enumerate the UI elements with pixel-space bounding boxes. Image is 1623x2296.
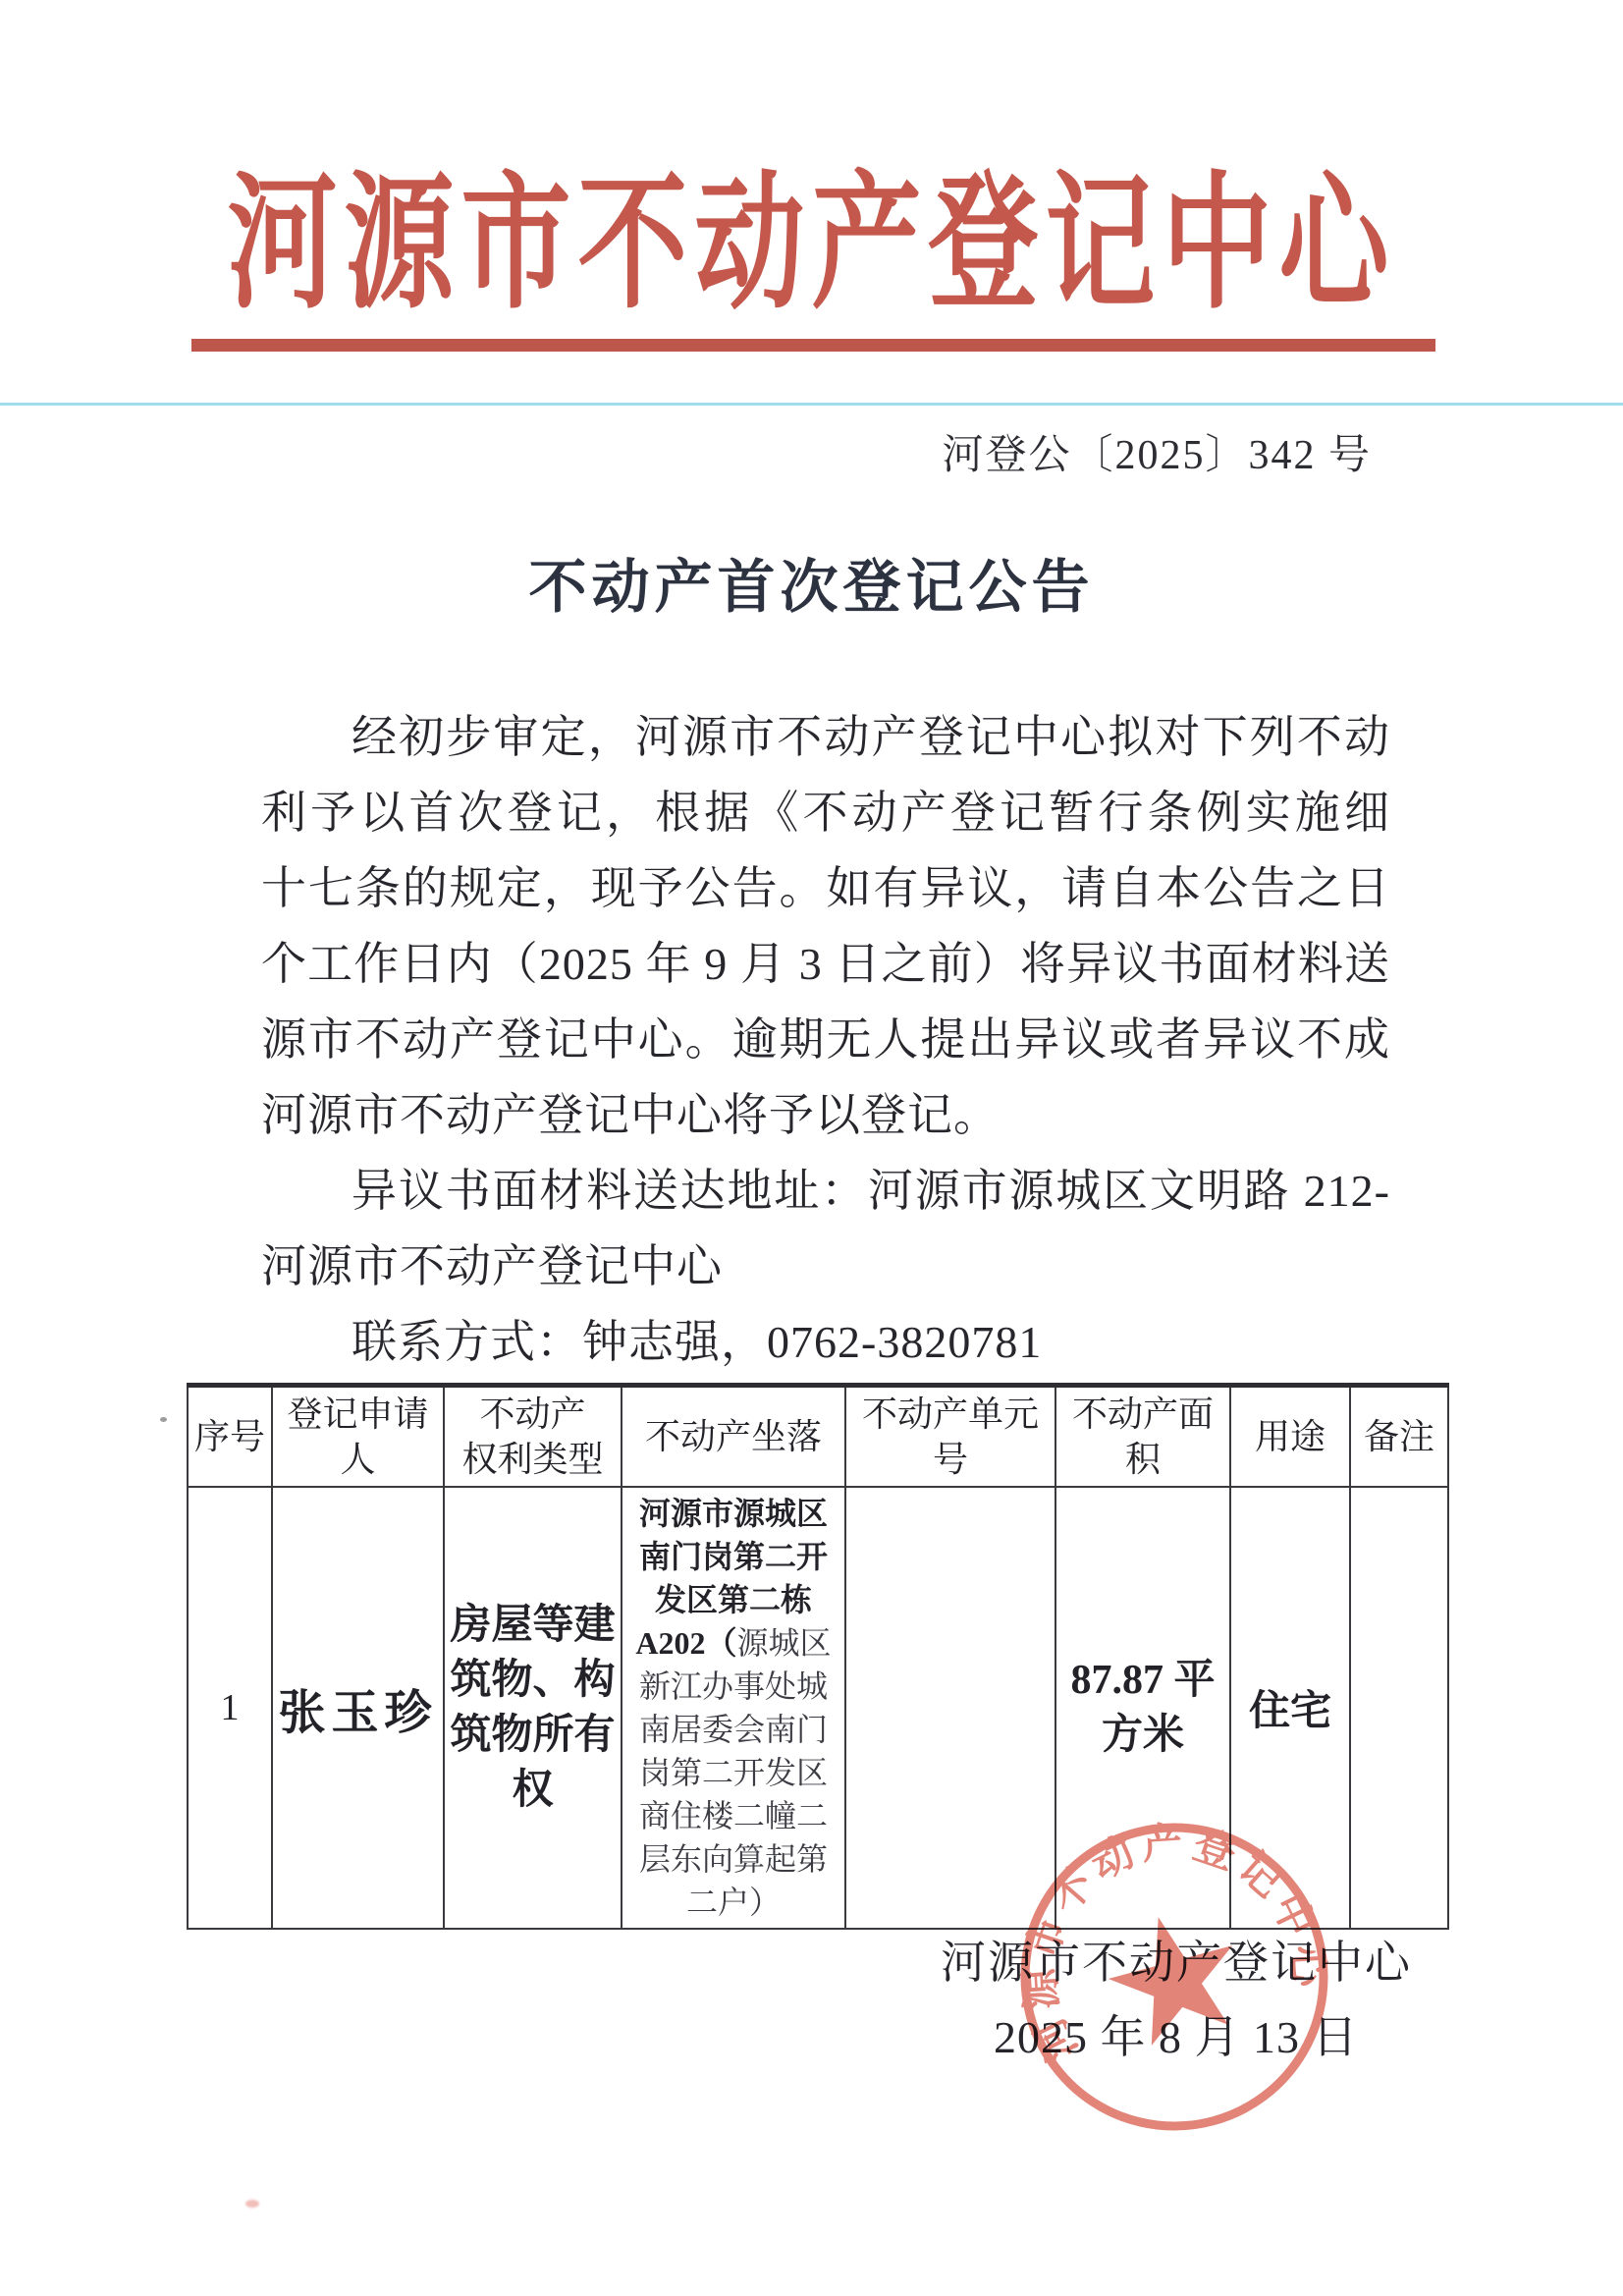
- body-line: 河源市不动产登记中心将予以登记。: [261, 1077, 1390, 1153]
- column-header: 备注: [1350, 1386, 1448, 1488]
- letterhead-org-name: 河源市不动产登记中心: [0, 126, 1623, 338]
- document-page: 河源市不动产登记中心 河登公〔2025〕342 号 不动产首次登记公告 经初步审…: [0, 0, 1623, 2296]
- document-number: 河登公〔2025〕342 号: [942, 422, 1372, 481]
- scanner-speck: [245, 2200, 259, 2208]
- body-line: 联系方式：钟志强，0762-3820781: [261, 1304, 1390, 1380]
- remark-cell: [1350, 1487, 1448, 1929]
- body-paragraphs: 经初步审定，河源市不动产登记中心拟对下列不动产权利予以首次登记，根据《不动产登记…: [261, 699, 1390, 1380]
- page-title: 不动产首次登记公告: [0, 540, 1623, 624]
- location-detail: 源城区新江办事处城南居委会南门岗第二开发区商住楼二幢二层东向算起第二户）: [639, 1625, 832, 1920]
- body-line: 个工作日内（2025 年 9 月 3 日之前）将异议书面材料送达河: [261, 926, 1390, 1002]
- column-header: 不动产坐落: [622, 1386, 845, 1488]
- seq-cell: 1: [188, 1487, 272, 1929]
- column-header: 不动产面积: [1055, 1386, 1230, 1488]
- scanner-artifact-line: [0, 403, 1623, 406]
- column-header: 不动产 权利类型: [444, 1386, 622, 1488]
- usage-cell: 住宅: [1230, 1487, 1350, 1929]
- right-type-cell: 房屋等建筑物、构筑物所有权: [444, 1487, 622, 1929]
- signature-org-name: 河源市不动产登记中心: [941, 1927, 1412, 1992]
- registration-table: 序号登记申请人不动产 权利类型不动产坐落不动产单元号不动产面积用途备注 1 张玉…: [187, 1383, 1449, 1930]
- body-line: 利予以首次登记，根据《不动产登记暂行条例实施细则》第: [261, 775, 1390, 850]
- body-line: 十七条的规定，现予公告。如有异议，请自本公告之日起 15: [261, 850, 1390, 926]
- column-header: 序号: [188, 1386, 272, 1488]
- unit-number-cell: [845, 1487, 1055, 1929]
- letterhead-rule: [191, 339, 1435, 352]
- table-header-row: 序号登记申请人不动产 权利类型不动产坐落不动产单元号不动产面积用途备注: [188, 1386, 1448, 1488]
- area-cell: 87.87 平方米: [1055, 1487, 1230, 1929]
- body-line: 河源市不动产登记中心: [261, 1229, 1390, 1304]
- body-line: 源市不动产登记中心。逾期无人提出异议或者异议不成立的，: [261, 1002, 1390, 1077]
- scanner-speck-small: [160, 1417, 167, 1422]
- applicant-cell: 张玉珍: [272, 1487, 444, 1929]
- location-cell: 河源市源城区南门岗第二开发区第二栋 A202（源城区新江办事处城南居委会南门岗第…: [622, 1487, 845, 1929]
- signature-date: 2025 年 8 月 13 日: [994, 2001, 1359, 2066]
- column-header: 登记申请人: [272, 1386, 444, 1488]
- column-header: 用途: [1230, 1386, 1350, 1488]
- table-row: 1 张玉珍 房屋等建筑物、构筑物所有权 河源市源城区南门岗第二开发区第二栋 A2…: [188, 1487, 1448, 1929]
- body-line: 异议书面材料送达地址：河源市源城区文明路 212-5 号: [261, 1153, 1390, 1229]
- column-header: 不动产单元号: [845, 1386, 1055, 1488]
- body-line: 经初步审定，河源市不动产登记中心拟对下列不动产权: [261, 699, 1390, 775]
